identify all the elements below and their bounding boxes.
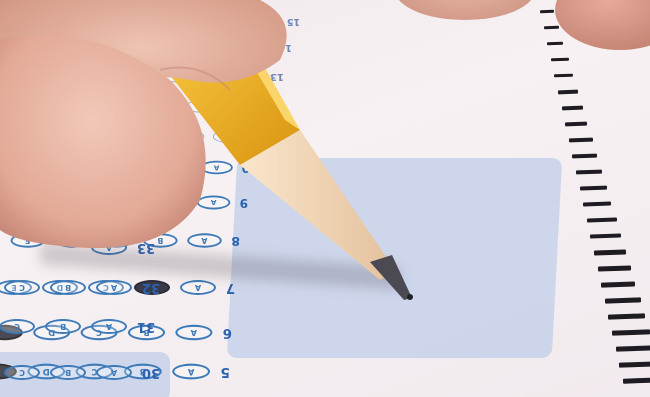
hand bbox=[0, 0, 650, 397]
photo-scene: 15ABCDE14ABCDE13ABCDE12ABCDE11ABCDE10ABC… bbox=[0, 0, 650, 397]
